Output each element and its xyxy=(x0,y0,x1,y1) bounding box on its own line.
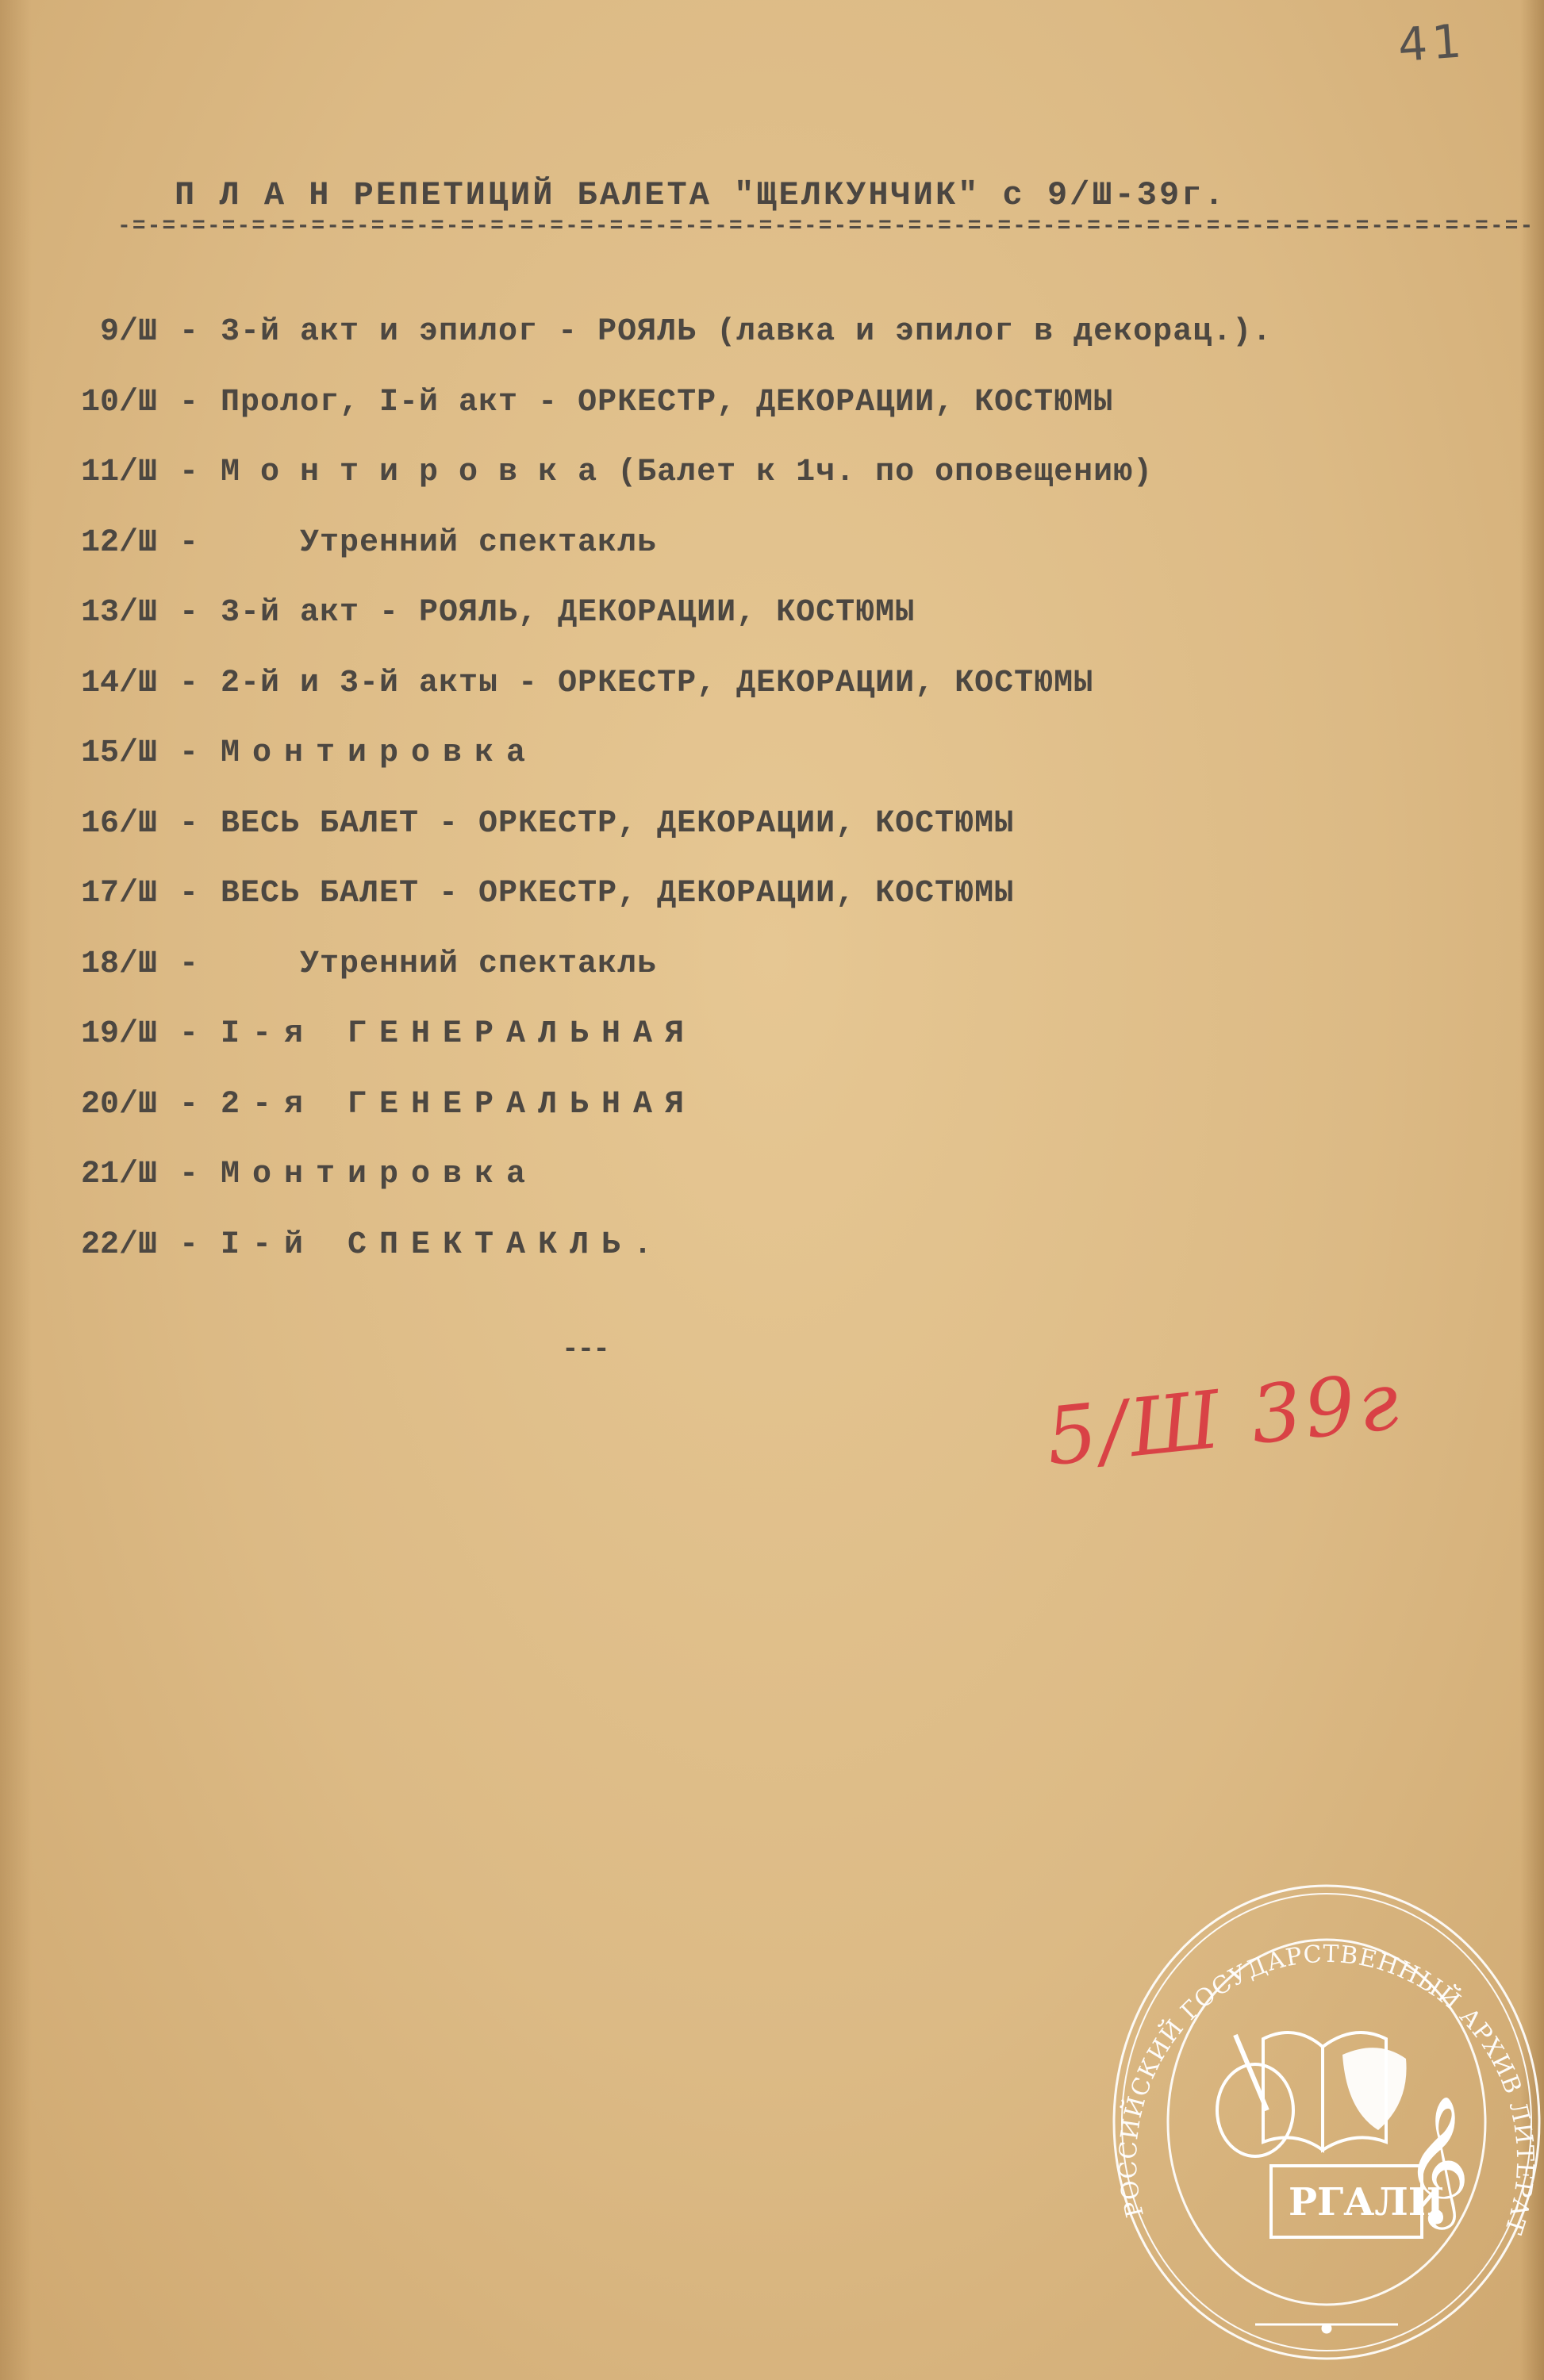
schedule-row: 21/Ш - Монтировка xyxy=(62,1157,1272,1227)
schedule-date: 15/Ш xyxy=(62,735,157,771)
schedule-dash: - xyxy=(157,735,221,771)
schedule-description: I-й СПЕКТАКЛЬ. xyxy=(221,1227,665,1263)
schedule-dash: - xyxy=(157,455,221,490)
schedule-description: 3-й акт и эпилог - РОЯЛЬ (лавка и эпилог… xyxy=(221,314,1272,350)
schedule-description: ВЕСЬ БАЛЕТ - ОРКЕСТР, ДЕКОРАЦИИ, КОСТЮМЫ xyxy=(221,876,1014,912)
schedule-dash: - xyxy=(157,525,221,561)
schedule-dash: - xyxy=(157,595,221,631)
schedule-date: 18/Ш xyxy=(62,946,157,982)
schedule-dash: - xyxy=(157,1087,221,1123)
schedule-dash: - xyxy=(157,806,221,842)
archive-seal-icon: РОССИЙСКИЙ ГОСУДАРСТВЕННЫЙ АРХИВ ЛИТЕРАТ… xyxy=(1104,1856,1544,2372)
title-underline-rule: -=-=-=-=-=-=-=-=-=-=-=-=-=-=-=-=-=-=-=-=… xyxy=(117,214,1534,239)
seal-abbreviation: РГАЛИ xyxy=(1289,2180,1444,2225)
schedule-dash: - xyxy=(157,1227,221,1263)
schedule-description: 2-я ГЕНЕРАЛЬНАЯ xyxy=(221,1087,697,1123)
schedule-date: 9/Ш xyxy=(62,314,157,350)
schedule-row: 14/Ш - 2-й и 3-й акты - ОРКЕСТР, ДЕКОРАЦ… xyxy=(62,666,1272,736)
schedule-dash: - xyxy=(157,1016,221,1052)
schedule-description: Монтировка xyxy=(221,1157,538,1192)
schedule-dash: - xyxy=(157,314,221,350)
schedule-description: Утренний спектакль xyxy=(221,946,657,982)
schedule-row: 16/Ш - ВЕСЬ БАЛЕТ - ОРКЕСТР, ДЕКОРАЦИИ, … xyxy=(62,806,1272,877)
schedule-description: ВЕСЬ БАЛЕТ - ОРКЕСТР, ДЕКОРАЦИИ, КОСТЮМЫ xyxy=(221,806,1014,842)
schedule-description: Утренний спектакль xyxy=(221,525,657,561)
schedule-dash: - xyxy=(157,666,221,701)
schedule-description: М о н т и р о в к а (Балет к 1ч. по опов… xyxy=(221,455,1153,490)
schedule-date: 14/Ш xyxy=(62,666,157,701)
schedule-dash: - xyxy=(157,876,221,912)
schedule-row: 9/Ш - 3-й акт и эпилог - РОЯЛЬ (лавка и … xyxy=(62,314,1272,385)
schedule-date: 13/Ш xyxy=(62,595,157,631)
rgali-archive-watermark: РОССИЙСКИЙ ГОСУДАРСТВЕННЫЙ АРХИВ ЛИТЕРАТ… xyxy=(1104,1856,1544,2372)
schedule-dash: - xyxy=(157,946,221,982)
schedule-row: 13/Ш - 3-й акт - РОЯЛЬ, ДЕКОРАЦИИ, КОСТЮ… xyxy=(62,595,1272,666)
schedule-description: Монтировка xyxy=(221,735,538,771)
document-title: П Л А Н РЕПЕТИЦИЙ БАЛЕТА "ЩЕЛКУНЧИК" с 9… xyxy=(175,176,1227,214)
schedule-date: 19/Ш xyxy=(62,1016,157,1052)
rehearsal-schedule: 9/Ш - 3-й акт и эпилог - РОЯЛЬ (лавка и … xyxy=(62,314,1272,1297)
schedule-description: I-я ГЕНЕРАЛЬНАЯ xyxy=(221,1016,697,1052)
schedule-date: 12/Ш xyxy=(62,525,157,561)
schedule-row: 10/Ш - Пролог, I-й акт - ОРКЕСТР, ДЕКОРА… xyxy=(62,385,1272,455)
end-mark: --- xyxy=(562,1333,609,1365)
schedule-date: 21/Ш xyxy=(62,1157,157,1192)
handwritten-date-annotation: 5/Ш 39г xyxy=(1042,1354,1406,1484)
schedule-description: 2-й и 3-й акты - ОРКЕСТР, ДЕКОРАЦИИ, КОС… xyxy=(221,666,1093,701)
schedule-row: 11/Ш - М о н т и р о в к а (Балет к 1ч. … xyxy=(62,455,1272,525)
page-number: 41 xyxy=(1396,13,1468,72)
schedule-date: 20/Ш xyxy=(62,1087,157,1123)
schedule-date: 22/Ш xyxy=(62,1227,157,1263)
schedule-row: 20/Ш - 2-я ГЕНЕРАЛЬНАЯ xyxy=(62,1087,1272,1157)
schedule-description: Пролог, I-й акт - ОРКЕСТР, ДЕКОРАЦИИ, КО… xyxy=(221,385,1113,420)
schedule-row: 22/Ш - I-й СПЕКТАКЛЬ. xyxy=(62,1227,1272,1298)
schedule-row: 17/Ш - ВЕСЬ БАЛЕТ - ОРКЕСТР, ДЕКОРАЦИИ, … xyxy=(62,876,1272,946)
schedule-dash: - xyxy=(157,1157,221,1192)
schedule-row: 12/Ш - Утренний спектакль xyxy=(62,525,1272,596)
schedule-date: 11/Ш xyxy=(62,455,157,490)
schedule-row: 15/Ш - Монтировка xyxy=(62,735,1272,806)
schedule-date: 17/Ш xyxy=(62,876,157,912)
schedule-dash: - xyxy=(157,385,221,420)
schedule-date: 10/Ш xyxy=(62,385,157,420)
schedule-description: 3-й акт - РОЯЛЬ, ДЕКОРАЦИИ, КОСТЮМЫ xyxy=(221,595,915,631)
schedule-date: 16/Ш xyxy=(62,806,157,842)
schedule-row: 19/Ш - I-я ГЕНЕРАЛЬНАЯ xyxy=(62,1016,1272,1087)
paper-edge-shadow-left xyxy=(0,0,32,2380)
schedule-row: 18/Ш - Утренний спектакль xyxy=(62,946,1272,1017)
